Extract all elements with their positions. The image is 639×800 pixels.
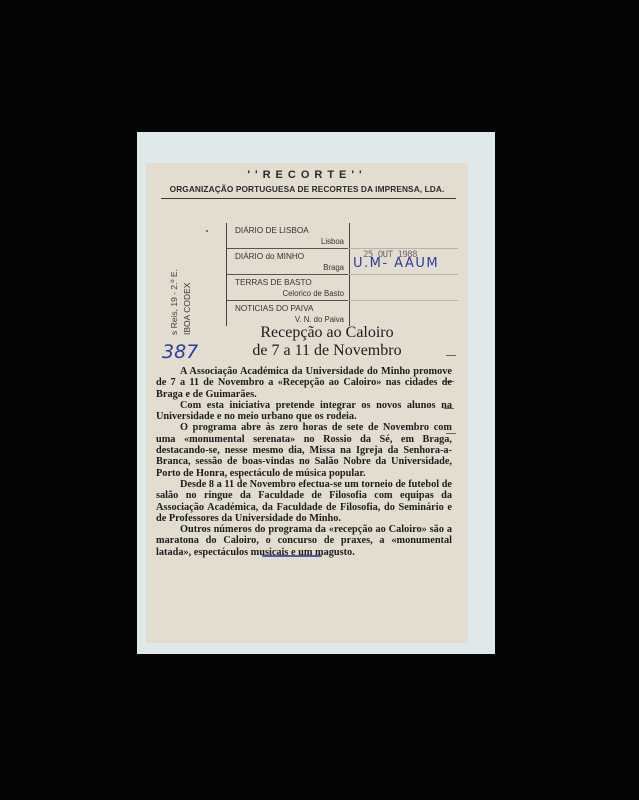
newspaper-city: Celorico de Basto — [282, 289, 344, 298]
article-title: Recepção ao Caloiro de 7 a 11 de Novembr… — [202, 324, 452, 360]
article-paragraph: A Associação Académica da Universidade d… — [156, 366, 452, 400]
agency-subtitle: ORGANIZAÇÃO PORTUGUESA DE RECORTES DA IM… — [146, 184, 468, 194]
newspaper-city: Lisboa — [321, 237, 344, 246]
handwritten-code: U.M- AAUM — [353, 256, 439, 271]
article-paragraph: Com esta iniciativa pretende integrar os… — [156, 400, 452, 423]
press-clipping-form: ''RECORTE'' ORGANIZAÇÃO PORTUGUESA DE RE… — [146, 163, 468, 643]
article-paragraph: O programa abre às zero horas de sete de… — [156, 422, 452, 478]
speck — [206, 230, 208, 232]
newspaper-row: TERRAS DE BASTO Celorico de Basto — [227, 275, 349, 301]
article-title-line-2: de 7 a 11 de Novembro — [202, 342, 452, 360]
newspaper-list: DIÁRIO DE LISBOA Lisboa DIÁRIO do MINHO … — [226, 223, 350, 326]
article-body: A Associação Académica da Universidade d… — [152, 366, 452, 558]
newspaper-row: NOTICIAS DO PAIVA V. N. do Paiva — [227, 301, 349, 326]
newspaper-article: Recepção ao Caloiro de 7 a 11 de Novembr… — [152, 324, 452, 558]
article-title-line-1: Recepção ao Caloiro — [202, 324, 452, 342]
agency-title: ''RECORTE'' — [146, 169, 468, 181]
article-paragraph: Outros números do programa da «recepção … — [156, 524, 452, 558]
newspaper-name: TERRAS DE BASTO — [235, 278, 312, 287]
newspaper-name: DIÁRIO do MINHO — [235, 252, 304, 261]
form-line — [348, 248, 458, 249]
newspaper-name: NOTICIAS DO PAIVA — [235, 304, 313, 313]
newspaper-row: DIÁRIO DE LISBOA Lisboa — [227, 223, 349, 249]
article-paragraph: Desde 8 a 11 de Novembro efectua-se um t… — [156, 479, 452, 524]
newspaper-city: Braga — [323, 263, 344, 272]
header-rule — [161, 198, 456, 199]
newspaper-name: DIÁRIO DE LISBOA — [235, 226, 309, 235]
pen-underline — [262, 555, 322, 557]
form-line — [348, 274, 458, 275]
newspaper-row: DIÁRIO do MINHO Braga — [227, 249, 349, 275]
form-line — [348, 300, 458, 301]
newspaper-city: V. N. do Paiva — [295, 315, 344, 324]
